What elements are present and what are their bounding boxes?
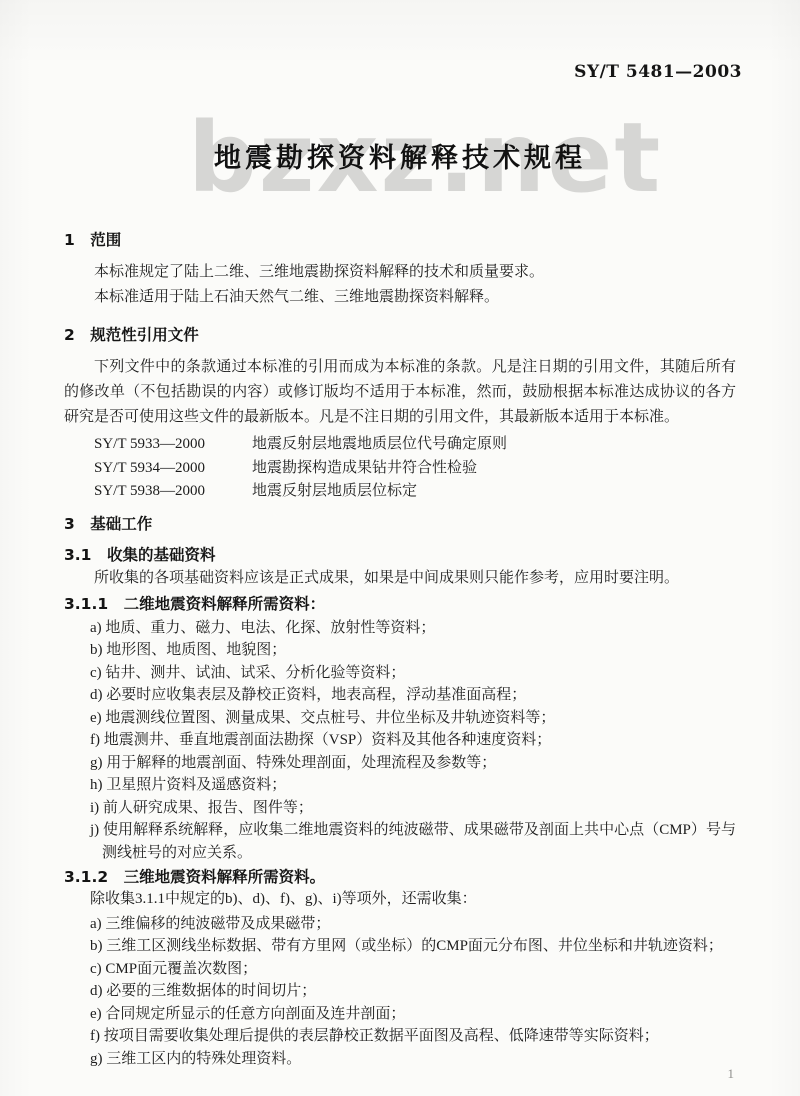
doc-code: SY/T 5481—2003 bbox=[574, 62, 742, 82]
list-item: j) 使用解释系统解释，应收集二维地震资料的纯波磁带、成果磁带及剖面上共中心点（… bbox=[64, 819, 736, 864]
section-3-1-2-intro: 除收集3.1.1中规定的b)、d)、f)、g)、i)等项外，还需收集： bbox=[64, 888, 736, 911]
section-2-paragraph: 下列文件中的条款通过本标准的引用而成为本标准的条款。凡是注日期的引用文件，其随后… bbox=[64, 355, 736, 430]
list-item: b) 地形图、地质图、地貌图； bbox=[64, 639, 736, 662]
section-2-heading: 2 规范性引用文件 bbox=[64, 324, 736, 346]
list-item: i) 前人研究成果、报告、图件等； bbox=[64, 797, 736, 820]
list-item: f) 按项目需要收集处理后提供的表层静校正数据平面图及高程、低降速带等实际资料； bbox=[64, 1025, 736, 1048]
section-1-heading: 1 范围 bbox=[64, 229, 736, 251]
list-item: d) 必要时应收集表层及静校正资料，地表高程，浮动基准面高程； bbox=[64, 684, 736, 707]
reference-item: SY/T 5938—2000地震反射层地质层位标定 bbox=[64, 480, 736, 504]
list-item: c) 钻井、测井、试油、试采、分析化验等资料； bbox=[64, 662, 736, 685]
section-3-heading: 3 基础工作 bbox=[64, 513, 736, 535]
document-title: 地震勘探资料解释技术规程 bbox=[64, 136, 736, 175]
reference-list: SY/T 5933—2000地震反射层地震地质层位代号确定原则 SY/T 593… bbox=[64, 433, 736, 504]
document-page: bzxz.net SY/T 5481—2003 地震勘探资料解释技术规程 1 范… bbox=[0, 0, 800, 1096]
list-item: f) 地震测井、垂直地震剖面法勘探（VSP）资料及其他各种速度资料； bbox=[64, 729, 736, 752]
list-item: a) 地质、重力、磁力、电法、化探、放射性等资料； bbox=[64, 617, 736, 640]
reference-title: 地震勘探构造成果钻井符合性检验 bbox=[252, 460, 477, 476]
list-item: h) 卫星照片资料及遥感资料； bbox=[64, 774, 736, 797]
section-3-1-paragraph: 所收集的各项基础资料应该是正式成果，如果是中间成果则只能作参考，应用时要注明。 bbox=[64, 566, 736, 591]
reference-title: 地震反射层地质层位标定 bbox=[252, 483, 417, 499]
section-3-1-1-list: a) 地质、重力、磁力、电法、化探、放射性等资料； b) 地形图、地质图、地貌图… bbox=[64, 617, 736, 865]
section-3-1-heading: 3.1 收集的基础资料 bbox=[64, 544, 736, 566]
list-item: e) 地震测线位置图、测量成果、交点桩号、井位坐标及井轨迹资料等； bbox=[64, 707, 736, 730]
reference-code: SY/T 5933—2000 bbox=[94, 433, 252, 457]
section-3-1-1-heading: 3.1.1 二维地震资料解释所需资料： bbox=[64, 593, 736, 615]
list-item: a) 三维偏移的纯波磁带及成果磁带； bbox=[64, 913, 736, 936]
section-1-paragraph-1: 本标准规定了陆上二维、三维地震勘探资料解释的技术和质量要求。 bbox=[64, 260, 736, 285]
reference-item: SY/T 5934—2000地震勘探构造成果钻井符合性检验 bbox=[64, 457, 736, 481]
reference-code: SY/T 5934—2000 bbox=[94, 457, 252, 481]
list-item: g) 用于解释的地震剖面、特殊处理剖面，处理流程及参数等； bbox=[64, 752, 736, 775]
list-item: c) CMP面元覆盖次数图； bbox=[64, 958, 736, 981]
list-item: d) 必要的三维数据体的时间切片； bbox=[64, 980, 736, 1003]
reference-code: SY/T 5938—2000 bbox=[94, 480, 252, 504]
document-content: 地震勘探资料解释技术规程 1 范围 本标准规定了陆上二维、三维地震勘探资料解释的… bbox=[0, 136, 800, 1070]
list-item: b) 三维工区测线坐标数据、带有方里网（或坐标）的CMP面元分布图、井位坐标和井… bbox=[64, 935, 736, 958]
section-3-1-2-list: a) 三维偏移的纯波磁带及成果磁带； b) 三维工区测线坐标数据、带有方里网（或… bbox=[64, 913, 736, 1071]
section-1-paragraph-2: 本标准适用于陆上石油天然气二维、三维地震勘探资料解释。 bbox=[64, 285, 736, 310]
reference-title: 地震反射层地震地质层位代号确定原则 bbox=[252, 436, 507, 452]
reference-item: SY/T 5933—2000地震反射层地震地质层位代号确定原则 bbox=[64, 433, 736, 457]
list-item: g) 三维工区内的特殊处理资料。 bbox=[64, 1048, 736, 1071]
section-3-1-2-heading: 3.1.2 三维地震资料解释所需资料。 bbox=[64, 866, 736, 888]
list-item: e) 合同规定所显示的任意方向剖面及连井剖面； bbox=[64, 1003, 736, 1026]
